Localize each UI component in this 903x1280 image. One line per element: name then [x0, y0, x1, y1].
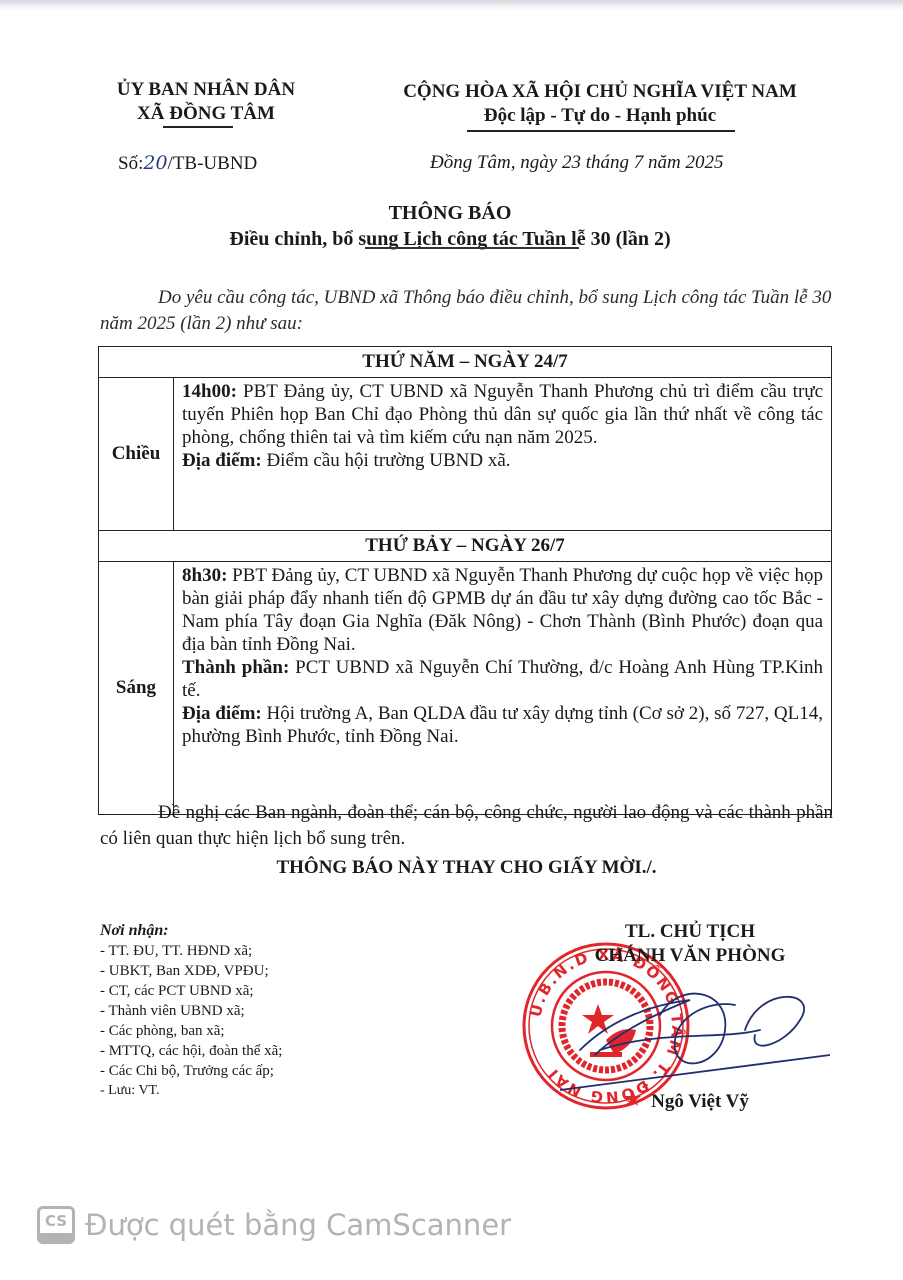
period-cell: Sáng	[99, 562, 174, 815]
intro-paragraph: Do yêu cầu công tác, UBND xã Thông báo đ…	[100, 285, 835, 337]
table-row: Chiều 14h00: PBT Đảng ủy, CT UBND xã Ngu…	[99, 378, 832, 531]
document-number-handwritten: 20	[143, 152, 167, 174]
location-label: Địa điểm:	[182, 703, 262, 724]
recipient-item: - CT, các PCT UBND xã;	[100, 981, 282, 1001]
national-heading: CỘNG HÒA XÃ HỘI CHỦ NGHĨA VIỆT NAM Độc l…	[380, 80, 820, 128]
event-text: PBT Đảng ủy, CT UBND xã Nguyễn Thanh Phư…	[182, 381, 823, 448]
day-header-row: THỨ BẢY – NGÀY 26/7	[99, 531, 832, 562]
event-time: 8h30:	[182, 565, 227, 586]
closing-paragraph: Đề nghị các Ban ngành, đoàn thể; cán bộ,…	[100, 800, 833, 852]
recipient-item: - TT. ĐU, TT. HĐND xã;	[100, 941, 282, 961]
recipient-item: - Thành viên UBND xã;	[100, 1001, 282, 1021]
recipients-heading: Nơi nhận:	[100, 921, 282, 941]
issuing-body-line2: XÃ ĐỒNG TÂM	[96, 102, 316, 126]
recipient-item: - UBKT, Ban XDĐ, VPĐU;	[100, 961, 282, 981]
event-time: 14h00:	[182, 381, 237, 402]
signature-icon	[560, 960, 830, 1110]
signature-block: TL. CHỦ TỊCH CHÁNH VĂN PHÒNG	[560, 920, 820, 968]
camscanner-logo-icon: CS	[37, 1206, 75, 1244]
day-header-row: THỨ NĂM – NGÀY 24/7	[99, 347, 832, 378]
location-label: Địa điểm:	[182, 450, 262, 471]
signer-title: CHÁNH VĂN PHÒNG	[560, 944, 820, 968]
camscanner-watermark: CS Được quét bằng CamScanner	[37, 1205, 511, 1245]
event-location: Địa điểm: Điểm cầu hội trường UBND xã.	[182, 449, 823, 472]
title-main: THÔNG BÁO	[150, 200, 750, 226]
subtitle-underline	[365, 247, 579, 249]
schedule-table: THỨ NĂM – NGÀY 24/7 Chiều 14h00: PBT Đản…	[98, 346, 832, 815]
event-description: 8h30: PBT Đảng ủy, CT UBND xã Nguyễn Tha…	[182, 564, 823, 656]
event-text: PBT Đảng ủy, CT UBND xã Nguyễn Thanh Phư…	[182, 565, 823, 655]
event-participants: Thành phần: PCT UBND xã Nguyễn Chí Thườn…	[182, 656, 823, 702]
document-number-prefix: Số:	[118, 153, 143, 174]
issuing-body-line1: ỦY BAN NHÂN DÂN	[96, 78, 316, 102]
recipient-item: - Lưu: VT.	[100, 1081, 282, 1101]
event-cell: 14h00: PBT Đảng ủy, CT UBND xã Nguyễn Th…	[174, 378, 832, 531]
day-header: THỨ NĂM – NGÀY 24/7	[99, 347, 832, 378]
document-title: THÔNG BÁO Điều chỉnh, bổ sung Lịch công …	[150, 200, 750, 252]
document-number: Số:20/TB-UBND	[118, 152, 257, 175]
event-location: Địa điểm: Hội trường A, Ban QLDA đầu tư …	[182, 702, 823, 748]
event-cell: 8h30: PBT Đảng ủy, CT UBND xã Nguyễn Tha…	[174, 562, 832, 815]
national-name: CỘNG HÒA XÃ HỘI CHỦ NGHĨA VIỆT NAM	[380, 80, 820, 104]
national-motto: Độc lập - Tự do - Hạnh phúc	[380, 104, 820, 128]
recipient-item: - Các phòng, ban xã;	[100, 1021, 282, 1041]
location-text: Hội trường A, Ban QLDA đầu tư xây dựng t…	[182, 703, 823, 747]
location-text: Điểm cầu hội trường UBND xã.	[262, 450, 511, 471]
recipients-list: Nơi nhận: - TT. ĐU, TT. HĐND xã; - UBKT,…	[100, 921, 282, 1101]
recipient-item: - Các Chi bộ, Trưởng các ấp;	[100, 1061, 282, 1081]
motto-underline	[467, 130, 735, 132]
table-row: Sáng 8h30: PBT Đảng ủy, CT UBND xã Nguyễ…	[99, 562, 832, 815]
day-header: THỨ BẢY – NGÀY 26/7	[99, 531, 832, 562]
event-description: 14h00: PBT Đảng ủy, CT UBND xã Nguyễn Th…	[182, 380, 823, 449]
camscanner-logo-text: CS	[40, 1209, 72, 1233]
signer-name: Ngô Việt Vỹ	[600, 1091, 800, 1113]
place-date: Đồng Tâm, ngày 23 tháng 7 năm 2025	[430, 152, 723, 174]
signer-authority: TL. CHỦ TỊCH	[560, 920, 820, 944]
issuing-body: ỦY BAN NHÂN DÂN XÃ ĐỒNG TÂM	[96, 78, 316, 126]
watermark-text: Được quét bằng CamScanner	[85, 1208, 511, 1242]
replacement-note: THÔNG BÁO NÀY THAY CHO GIẤY MỜI./.	[100, 857, 833, 879]
period-cell: Chiều	[99, 378, 174, 531]
issuing-body-underline	[163, 126, 233, 128]
participants-label: Thành phần:	[182, 657, 289, 678]
recipient-item: - MTTQ, các hội, đoàn thể xã;	[100, 1041, 282, 1061]
scan-edge-shadow	[0, 0, 903, 10]
document-number-suffix: /TB-UBND	[168, 153, 258, 174]
